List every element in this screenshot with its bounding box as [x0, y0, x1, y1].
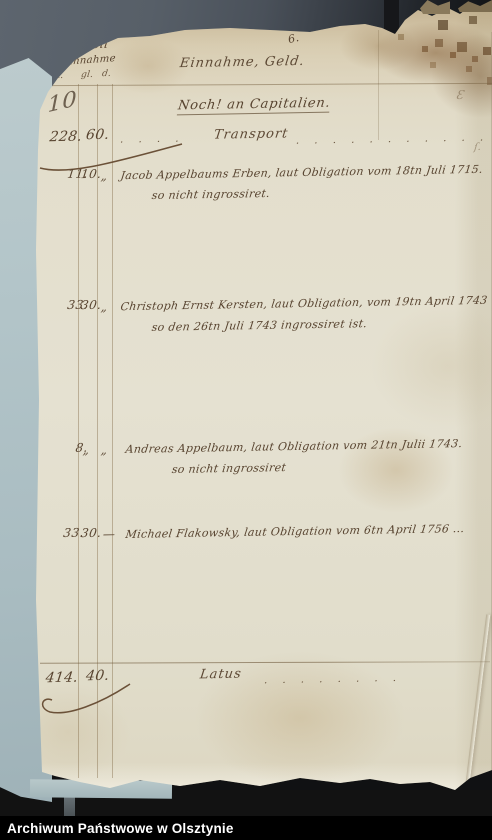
entry-pfennig: „ [100, 444, 108, 456]
entry-text-line2: so nicht ingrossiret. [151, 188, 270, 201]
top-fold-crease [378, 30, 379, 140]
book-clamp-strip [384, 0, 399, 34]
transport-label: Transport [213, 127, 289, 141]
latus-label: Latus [199, 668, 242, 682]
unit-pfennig: d. [101, 70, 111, 79]
corner-fold-crease [466, 614, 490, 781]
entry-groschen: 30. [80, 299, 102, 311]
archive-caption-bar: Archiwum Państwowe w Olsztynie [0, 816, 492, 840]
archive-name-label: Archiwum Państwowe w Olsztynie [7, 821, 234, 836]
folio-number: 10 [48, 89, 77, 117]
entry-pfennig: „ [100, 170, 108, 182]
manuscript-page: Soll Einnahme rt. gl. d. Einnahme, Geld.… [28, 6, 492, 794]
sum-rule [40, 661, 490, 664]
entry-groschen: 10. [80, 168, 102, 180]
bleedthrough-mark: ſ. [473, 142, 481, 153]
entry-text-line2: so den 26tn Juli 1743 ingrossiret ist. [151, 318, 368, 333]
section-heading: Noch! an Capitalien. [177, 97, 331, 116]
entry-thaler: 33. [41, 527, 85, 540]
entry-groschen: „ [82, 444, 90, 456]
ornament-mark: 6. [287, 32, 300, 45]
latus-flourish [34, 678, 164, 722]
latus-leader-dots: · · · · · · · · [263, 677, 402, 689]
entry-pfennig: „ [100, 301, 108, 313]
archival-scan-viewer: Soll Einnahme rt. gl. d. Einnahme, Geld.… [0, 0, 492, 840]
entry-text-line1: Michael Flakowsky, laut Obligation vom 6… [125, 523, 465, 540]
bleedthrough-mark: Ɛ [455, 88, 464, 102]
page-title: Einnahme, Geld. [179, 55, 305, 70]
entry-text-line1: Christoph Ernst Kersten, laut Obligation… [120, 295, 488, 312]
entry-text-line2: so nicht ingrossiret [171, 462, 287, 475]
column-rule-3 [112, 84, 113, 778]
leader-dots-right: · · · · · · · · · · · [295, 136, 489, 149]
entry-text-line1: Andreas Appelbaum, laut Obligation vom 2… [125, 438, 463, 455]
unit-groschen: gl. [80, 71, 93, 80]
leader-dots-left: · · · · [119, 137, 185, 148]
entry-pfennig: — [102, 528, 116, 540]
entry-groschen: 30. [80, 527, 102, 539]
